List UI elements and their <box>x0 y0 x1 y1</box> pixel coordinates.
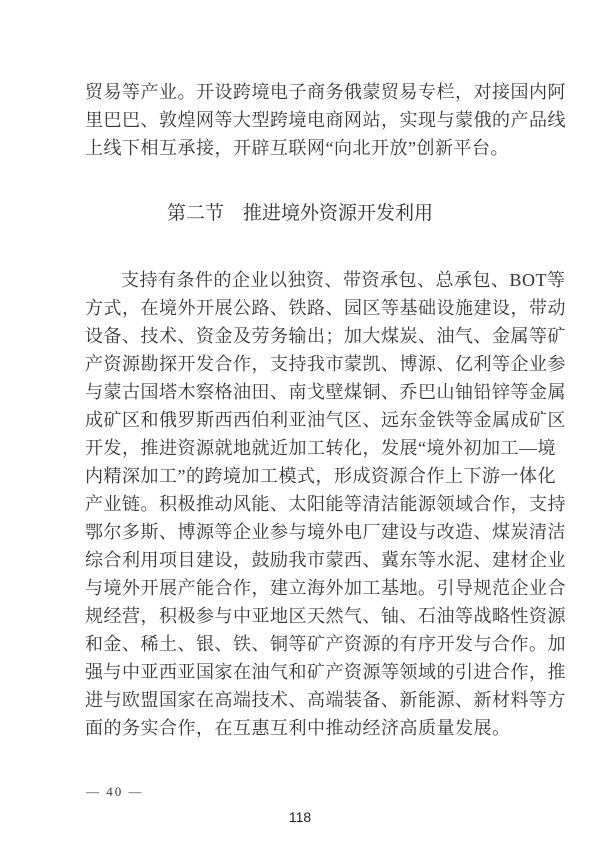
text-line: 内精深加工”的跨境加工模式，形成资源合作上下游一体化 <box>85 462 515 490</box>
text-line: 上线下相互承接，开辟互联网“向北开放”创新平台。 <box>85 134 515 162</box>
text-line: 综合利用项目建设，鼓励我市蒙西、冀东等水泥、建材企业 <box>85 546 515 574</box>
text-line: 设备、技术、资金及劳务输出；加大煤炭、油气、金属等矿 <box>85 322 515 350</box>
folio-number: — 40 — <box>86 785 144 799</box>
text-line: 面的务实合作，在互惠互利中推动经济高质量发展。 <box>85 714 515 742</box>
text-line: 产资源勘探开发合作，支持我市蒙凯、博源、亿利等企业参 <box>85 350 515 378</box>
text-line: 支持有条件的企业以独资、带资承包、总承包、BOT等 <box>85 266 515 294</box>
section-title: 推进境外资源开发利用 <box>243 203 433 224</box>
text-line: 与蒙古国塔木察格油田、南戈壁煤铜、乔巴山铀铅锌等金属 <box>85 378 515 406</box>
text-line: 开发，推进资源就地就近加工转化，发展“境外初加工—境 <box>85 434 515 462</box>
page-number: 118 <box>0 809 600 825</box>
text-line: 与境外开展产能合作，建立海外加工基地。引导规范企业合 <box>85 574 515 602</box>
section-number: 第二节 <box>167 203 224 224</box>
text-line: 成矿区和俄罗斯西西伯利亚油气区、远东金铁等金属成矿区 <box>85 406 515 434</box>
paragraph-body: 支持有条件的企业以独资、带资承包、总承包、BOT等 方式，在境外开展公路、铁路、… <box>85 266 515 742</box>
text-line: 规经营，积极参与中亚地区天然气、铀、石油等战略性资源 <box>85 602 515 630</box>
text-line: 方式，在境外开展公路、铁路、园区等基础设施建设，带动 <box>85 294 515 322</box>
text-line: 强与中亚西亚国家在油气和矿产资源等领域的引进合作，推 <box>85 658 515 686</box>
text-line: 鄂尔多斯、博源等企业参与境外电厂建设与改造、煤炭清洁 <box>85 518 515 546</box>
paragraph-continuation: 贸易等产业。开设跨境电子商务俄蒙贸易专栏，对接国内阿 里巴巴、敦煌网等大型跨境电… <box>85 78 515 162</box>
section-heading: 第二节推进境外资源开发利用 <box>85 200 515 228</box>
text-line: 贸易等产业。开设跨境电子商务俄蒙贸易专栏，对接国内阿 <box>85 78 515 106</box>
text-line: 进与欧盟国家在高端技术、高端装备、新能源、新材料等方 <box>85 686 515 714</box>
text-line: 里巴巴、敦煌网等大型跨境电商网站，实现与蒙俄的产品线 <box>85 106 515 134</box>
document-page: 贸易等产业。开设跨境电子商务俄蒙贸易专栏，对接国内阿 里巴巴、敦煌网等大型跨境电… <box>0 0 600 848</box>
text-line: 和金、稀土、银、铁、铜等矿产资源的有序开发与合作。加 <box>85 630 515 658</box>
text-line: 产业链。积极推动风能、太阳能等清洁能源领域合作，支持 <box>85 490 515 518</box>
